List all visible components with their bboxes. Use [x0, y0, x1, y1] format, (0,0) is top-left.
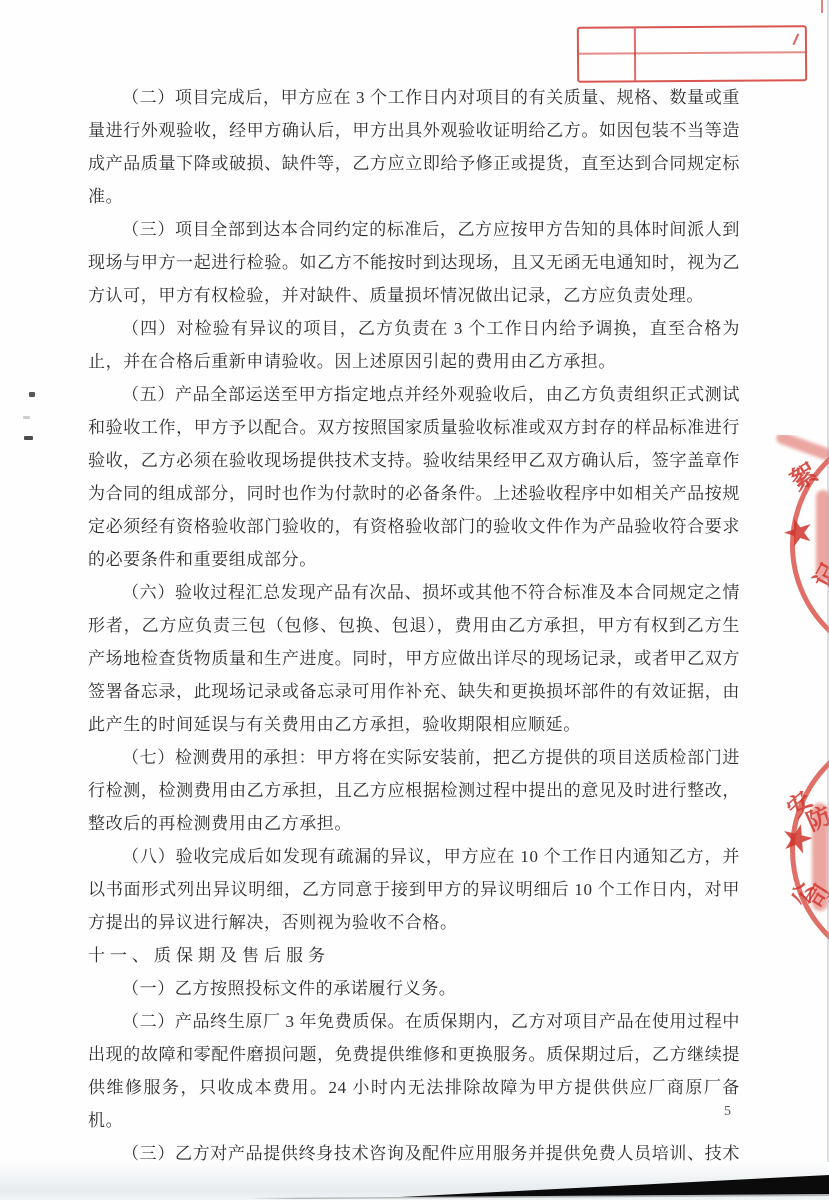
cropped-stamp-edge-mark: [821, 0, 823, 13]
contract-paragraph: （八）验收完成后如发现有疏漏的异议，甲方应在 10 个工作日内通知乙方，并以书面…: [88, 840, 740, 939]
scan-speck: [24, 436, 33, 440]
seal-ink-smear: [812, 803, 828, 911]
stamp-box-divider-horizontal: [579, 51, 805, 55]
scanned-contract-page: （二）项目完成后，甲方应在 3 个工作日内对项目的有关质量、规格、数量或重量进行…: [0, 0, 829, 1200]
scan-speck: [29, 392, 35, 397]
scan-speck: [23, 416, 30, 419]
stamp-box-tick-mark: [792, 33, 799, 45]
contract-paragraph: （五）产品全部运送至甲方指定地点并经外观验收后，由乙方负责组织正式测试和验收工作…: [88, 378, 740, 576]
registry-stamp-box: [577, 25, 807, 83]
contract-paragraph: （七）检测费用的承担：甲方将在实际安装前，把乙方提供的项目送质检部门进行检测，检…: [88, 741, 740, 840]
contract-paragraph: （三）项目全部到达本合同约定的标准后，乙方应按甲方告知的具体时间派人到现场与甲方…: [88, 213, 740, 312]
section-heading: 十一、质保期及售后服务: [88, 939, 740, 972]
scan-edge-artifact: [0, 1168, 829, 1200]
round-seal-bottom: 安 防 ★ 公 司: [740, 745, 829, 960]
contract-paragraph: （二）产品终生原厂 3 年免费质保。在质保期内，乙方对项目产品在使用过程中出现的…: [88, 1005, 740, 1137]
contract-paragraph: （四）对检验有异议的项目，乙方负责在 3 个工作日内给予调换，直至合格为止，并在…: [88, 312, 740, 378]
page-number: 5: [724, 1104, 731, 1120]
contract-paragraph: （一）乙方按照投标文件的承诺履行义务。: [88, 972, 740, 1005]
round-seal-top: 絮 ★ 记: [740, 435, 829, 650]
contract-body: （二）项目完成后，甲方应在 3 个工作日内对项目的有关质量、规格、数量或重量进行…: [88, 81, 740, 1200]
contract-paragraph: （六）验收过程汇总发现产品有次品、损坏或其他不符合标准及本合同规定之情形者，乙方…: [88, 576, 740, 741]
contract-paragraph: （二）项目完成后，甲方应在 3 个工作日内对项目的有关质量、规格、数量或重量进行…: [88, 81, 740, 213]
